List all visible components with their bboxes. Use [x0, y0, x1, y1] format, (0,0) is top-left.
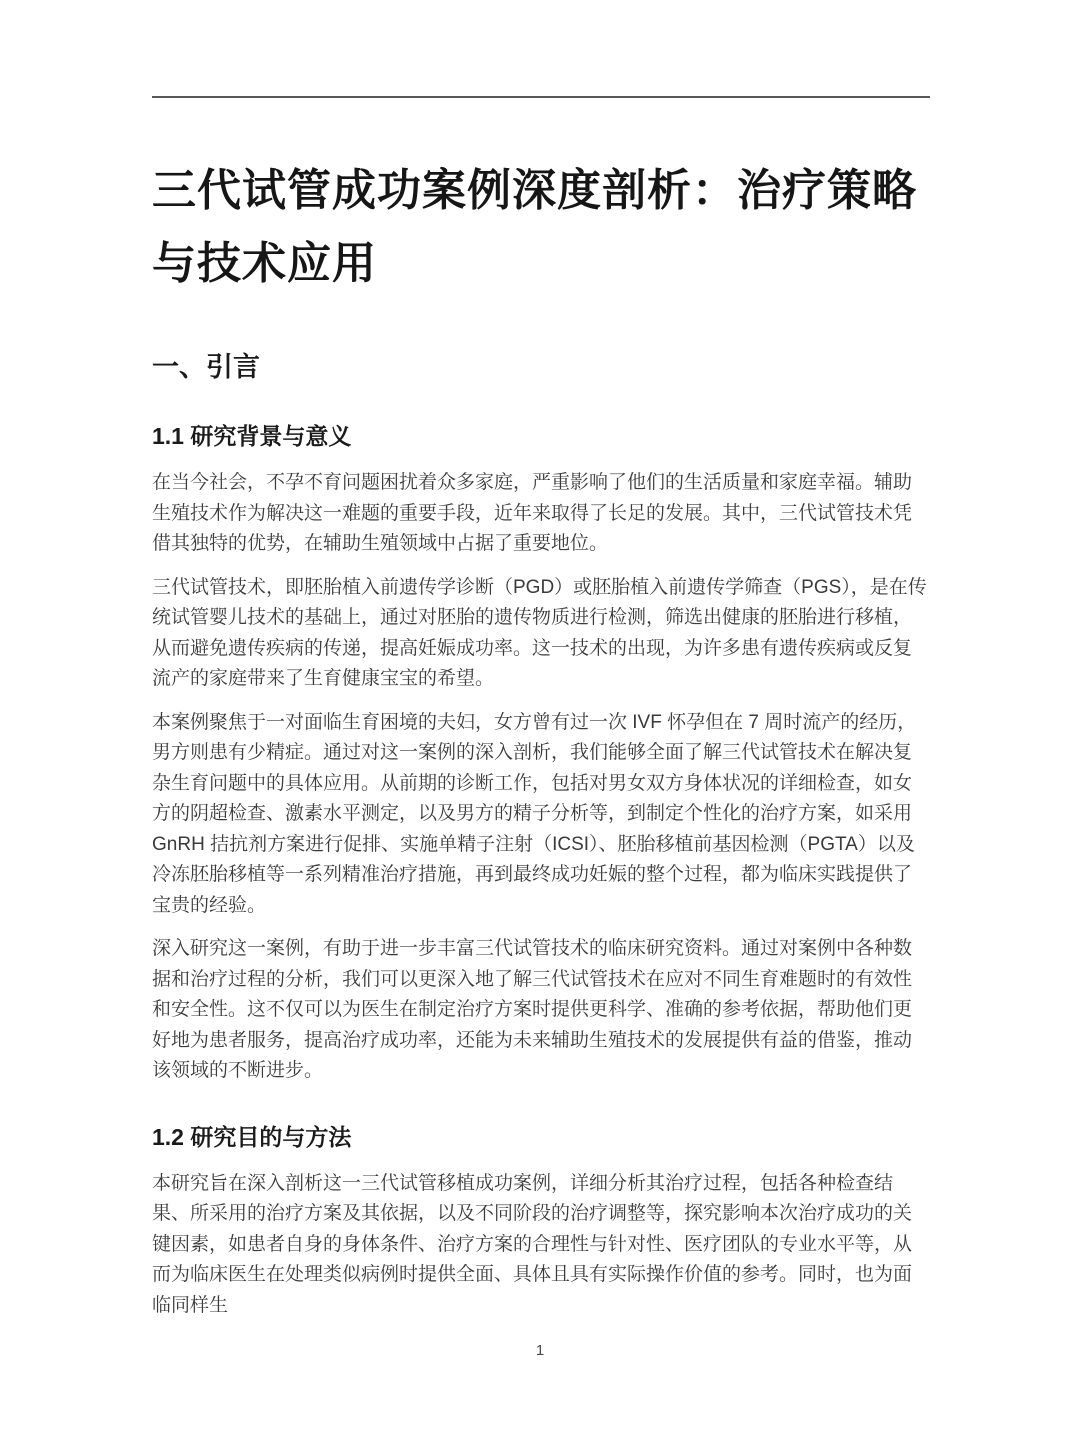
document-page: 三代试管成功案例深度剖析：治疗策略与技术应用 一、引言 1.1 研究背景与意义 …: [0, 0, 1080, 1439]
paragraph-methods-1: 本研究旨在深入剖析这一三代试管移植成功案例，详细分析其治疗过程，包括各种检查结果…: [152, 1169, 930, 1322]
paragraph-background-3: 本案例聚焦于一对面临生育困境的夫妇，女方曾有过一次 IVF 怀孕但在 7 周时流…: [152, 708, 930, 922]
section-1-heading: 一、引言: [152, 348, 930, 386]
paragraph-background-2: 三代试管技术，即胚胎植入前遗传学诊断（PGD）或胚胎植入前遗传学筛查（PGS），…: [152, 573, 930, 695]
subsection-1-2-heading: 1.2 研究目的与方法: [152, 1121, 930, 1153]
paragraph-background-4: 深入研究这一案例，有助于进一步丰富三代试管技术的临床研究资料。通过对案例中各种数…: [152, 934, 930, 1087]
document-content: 三代试管成功案例深度剖析：治疗策略与技术应用 一、引言 1.1 研究背景与意义 …: [0, 0, 1080, 1321]
top-horizontal-rule: [152, 96, 930, 98]
document-title: 三代试管成功案例深度剖析：治疗策略与技术应用: [152, 154, 930, 300]
page-number: 1: [0, 1341, 1080, 1361]
subsection-1-1-heading: 1.1 研究背景与意义: [152, 420, 930, 452]
paragraph-background-1: 在当今社会，不孕不育问题困扰着众多家庭，严重影响了他们的生活质量和家庭幸福。辅助…: [152, 468, 930, 560]
